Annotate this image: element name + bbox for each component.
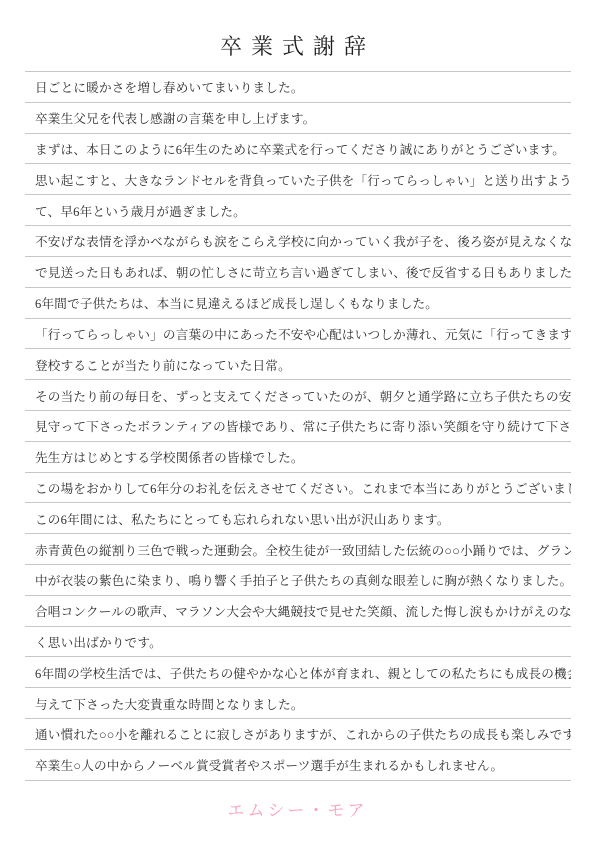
speech-line: 卒業生父兄を代表し感謝の言葉を申し上げます。 xyxy=(25,103,571,134)
speech-body: 日ごとに暖かさを増し春めいてまいりました。卒業生父兄を代表し感謝の言葉を申し上げ… xyxy=(25,71,571,781)
speech-line: この場をおかりして6年分のお礼を伝えさせてください。これまで本当にありがとうござ… xyxy=(25,473,571,504)
speech-line: 「行ってらっしゃい」の言葉の中にあった不安や心配はいつしか薄れ、元気に「行ってき… xyxy=(25,319,571,350)
page-title: 卒業式謝辞 xyxy=(0,30,595,61)
document-page: 卒業式謝辞 日ごとに暖かさを増し春めいてまいりました。卒業生父兄を代表し感謝の言… xyxy=(0,0,595,842)
speech-line: で見送った日もあれば、朝の忙しさに苛立ち言い過ぎてしまい、後で反省する日もありま… xyxy=(25,257,571,288)
speech-line: て、早6年という歳月が過ぎました。 xyxy=(25,195,571,226)
speech-line: く思い出ばかりです。 xyxy=(25,627,571,658)
speech-line: 赤青黄色の縦割り三色で戦った運動会。全校生徒が一致団結した伝統の○○小踊りでは、… xyxy=(25,534,571,565)
speech-line: その当たり前の毎日を、ずっと支えてくださっていたのが、朝夕と通学路に立ち子供たち… xyxy=(25,380,571,411)
speech-line: 登校することが当たり前になっていた日常。 xyxy=(25,349,571,380)
speech-line: この6年間には、私たちにとっても忘れられない思い出が沢山あります。 xyxy=(25,503,571,534)
speech-line: 中が衣装の紫色に染まり、鳴り響く手拍子と子供たちの真剣な眼差しに胸が熱くなりまし… xyxy=(25,565,571,596)
speech-line: 先生方はじめとする学校関係者の皆様でした。 xyxy=(25,442,571,473)
speech-line: 日ごとに暖かさを増し春めいてまいりました。 xyxy=(25,72,571,103)
speech-line: 6年間で子供たちは、本当に見違えるほど成長し逞しくもなりました。 xyxy=(25,288,571,319)
speech-line: まずは、本日このように6年生のために卒業式を行ってくださり誠にありがとうございま… xyxy=(25,134,571,165)
speech-line: 思い起こすと、大きなランドセルを背負っていた子供を「行ってらっしゃい」と送り出す… xyxy=(25,164,571,195)
speech-line: 合唱コンクールの歌声、マラソン大会や大縄競技で見せた笑顔、流した悔し涙もかけがえ… xyxy=(25,596,571,627)
speech-line: 6年間の学校生活では、子供たちの健やかな心と体が育まれ、親としての私たちにも成長… xyxy=(25,657,571,688)
speech-line: 卒業生○人の中からノーベル賞受賞者やスポーツ選手が生まれるかもしれません。 xyxy=(25,750,571,781)
speech-line: 不安げな表情を浮かべながらも涙をこらえ学校に向かっていく我が子を、後ろ姿が見えな… xyxy=(25,226,571,257)
speech-line: 与えて下さった大変貴重な時間となりました。 xyxy=(25,688,571,719)
footer-brand: エムシー・モア xyxy=(0,796,595,821)
speech-line: 通い慣れた○○小を離れることに寂しさがありますが、これからの子供たちの成長も楽し… xyxy=(25,719,571,750)
speech-line: 見守って下さったボランティアの皆様であり、常に子供たちに寄り添い笑顔を守り続けて… xyxy=(25,411,571,442)
